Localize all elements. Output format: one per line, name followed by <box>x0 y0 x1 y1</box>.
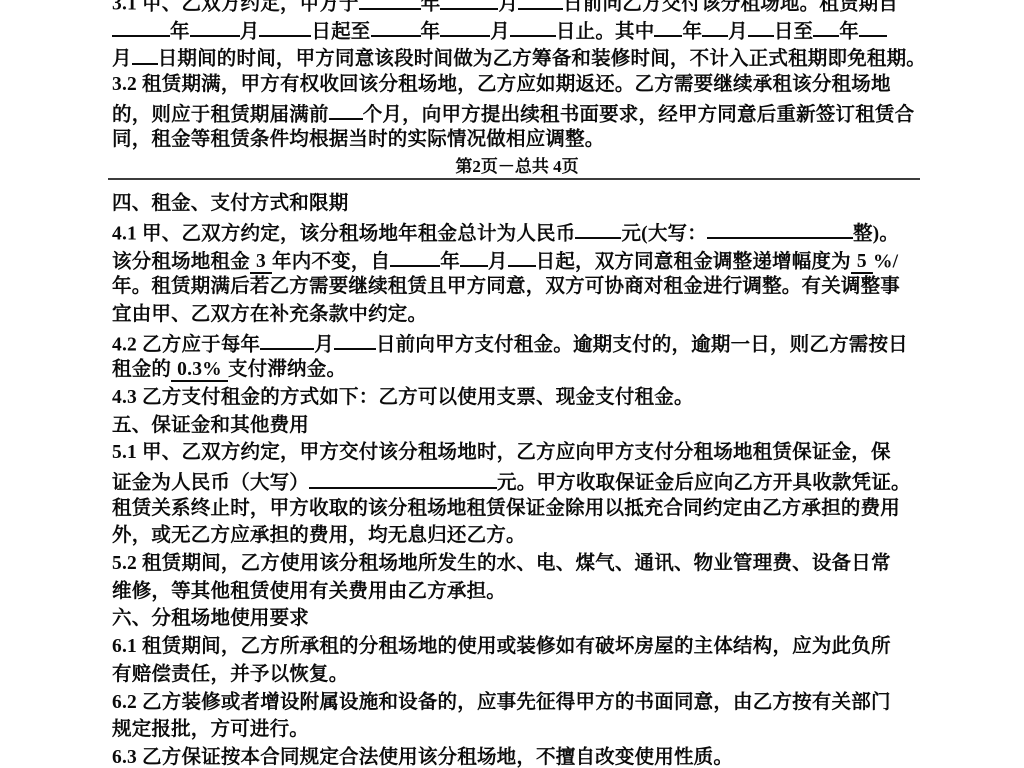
text-segment: 租赁关系终止时，甲方收取的该分租场地租赁保证金除用以抵充合同约定由乙方承担的费用 <box>112 498 900 519</box>
text-segment: 六、分租场地使用要求 <box>112 608 309 629</box>
text-segment: 日止。其中 <box>556 21 655 42</box>
blank-field <box>112 16 170 38</box>
underlined-value: 3 <box>250 251 272 274</box>
blank-field <box>440 16 490 38</box>
text-segment: 日期间的时间，甲方同意该段时间做为乙方筹备和装修时间，不计入正式租期即免租期。 <box>158 49 926 70</box>
contract-line: 该分租场地租金 3 年内不变，自年月日起，双方同意租金调整递增幅度为 5 %/ <box>112 246 922 274</box>
blank-field <box>518 0 563 10</box>
blank-field <box>460 246 488 268</box>
blank-field <box>190 16 240 38</box>
text-segment: 五、保证金和其他费用 <box>112 415 309 436</box>
contract-line: 同，租金等租赁条件均根据当时的实际情况做相应调整。 <box>112 126 922 154</box>
contract-line: 年月日起至年月日止。其中年月日至年 <box>112 16 922 44</box>
text-segment: 4.2 乙方应于每年 <box>112 334 260 355</box>
contract-line: 5.1 甲、乙双方约定，甲方交付该分租场地时，乙方应向甲方支付分租场地租赁保证金… <box>112 439 922 467</box>
text-segment: 同，租金等租赁条件均根据当时的实际情况做相应调整。 <box>112 129 605 150</box>
underlined-value: 5 <box>851 251 873 274</box>
contract-line: 规定报批，方可进行。 <box>112 716 922 744</box>
text-segment: 年 <box>440 251 460 272</box>
text-segment: %/ <box>873 251 898 272</box>
contract-line: 6.3 乙方保证按本合同规定合法使用该分租场地，不擅自改变使用性质。 <box>112 744 922 768</box>
text-segment: 年 <box>839 21 859 42</box>
text-segment: 元。甲方收取保证金后应向乙方开具收款凭证。 <box>497 473 911 494</box>
text-segment: 月 <box>314 334 334 355</box>
blank-field <box>260 329 314 351</box>
text-segment: 月 <box>728 21 748 42</box>
text-segment: 日至 <box>774 21 813 42</box>
blank-field <box>707 218 853 240</box>
text-segment: 年 <box>682 21 702 42</box>
contract-line: 宜由甲、乙双方在补充条款中约定。 <box>112 301 922 329</box>
blank-field <box>334 329 376 351</box>
contract-line: 外，或无乙方应承担的费用，均无息归还乙方。 <box>112 522 922 550</box>
contract-line: 有赔偿责任，并予以恢复。 <box>112 661 922 689</box>
text-segment: 6.1 租赁期间，乙方所承租的分租场地的使用或装修如有破坏房屋的主体结构，应为此… <box>112 636 891 657</box>
contract-line: 3.2 租赁期满，甲方有权收回该分租场地，乙方应如期返还。乙方需要继续承租该分租… <box>112 71 922 99</box>
contract-line: 证金为人民币（大写）元。甲方收取保证金后应向乙方开具收款凭证。 <box>112 467 922 495</box>
blank-field <box>309 467 497 489</box>
text-segment: 租金的 <box>112 359 171 380</box>
blank-field <box>702 16 728 38</box>
text-segment: 宜由甲、乙双方在补充条款中约定。 <box>112 304 427 325</box>
text-segment: 支付滞纳金。 <box>228 359 346 380</box>
text-segment: 有赔偿责任，并予以恢复。 <box>112 664 348 685</box>
text-segment: 日起，双方同意租金调整递增幅度为 <box>536 251 851 272</box>
page-number-footer: 第2页－总共 4页 <box>112 156 922 178</box>
contract-line: 5.2 租赁期间，乙方使用该分租场地所发生的水、电、煤气、通讯、物业管理费、设备… <box>112 550 922 578</box>
text-segment: 3.2 租赁期满，甲方有权收回该分租场地，乙方应如期返还。乙方需要继续承租该分租… <box>112 74 891 95</box>
text-segment: 月 <box>240 21 260 42</box>
contract-line: 4.1 甲、乙双方约定，该分租场地年租金总计为人民币元(大写：整)。 <box>112 218 922 246</box>
blank-field <box>510 16 556 38</box>
text-segment: 日起至 <box>311 21 370 42</box>
contract-line: 租金的 0.3% 支付滞纳金。 <box>112 356 922 384</box>
contract-line: 年。租赁期满后若乙方需要继续租赁且甲方同意，双方可协商对租金进行调整。有关调整事 <box>112 273 922 301</box>
text-segment: 整)。 <box>853 223 899 244</box>
contract-line: 租赁关系终止时，甲方收取的该分租场地租赁保证金除用以抵充合同约定由乙方承担的费用 <box>112 495 922 523</box>
text-segment: 元(大写： <box>621 223 707 244</box>
contract-line: 4.2 乙方应于每年月日前向甲方支付租金。逾期支付的，逾期一日，则乙方需按日 <box>112 329 922 357</box>
blank-field <box>575 218 621 240</box>
text-segment: 6.2 乙方装修或者增设附属设施和设备的，应事先征得甲方的书面同意，由乙方按有关… <box>112 692 891 713</box>
underlined-value: 0.3% <box>171 359 228 382</box>
text-column: 3.1 甲、乙双方约定，甲方于年月日前向乙方交付该分租场地。租赁期自年月日起至年… <box>112 0 922 768</box>
text-segment: 月 <box>488 251 508 272</box>
clause-block-lower: 四、租金、支付方式和限期4.1 甲、乙双方约定，该分租场地年租金总计为人民币元(… <box>112 190 922 768</box>
text-segment: 5.1 甲、乙双方约定，甲方交付该分租场地时，乙方应向甲方支付分租场地租赁保证金… <box>112 442 891 463</box>
text-segment: 的，则应于租赁期届满前 <box>112 104 329 125</box>
text-segment: 5.2 租赁期间，乙方使用该分租场地所发生的水、电、煤气、通讯、物业管理费、设备… <box>112 553 891 574</box>
blank-field <box>132 43 158 65</box>
text-segment: 规定报批，方可进行。 <box>112 719 309 740</box>
blank-field <box>259 16 311 38</box>
section-heading: 五、保证金和其他费用 <box>112 412 922 440</box>
contract-line: 6.1 租赁期间，乙方所承租的分租场地的使用或装修如有破坏房屋的主体结构，应为此… <box>112 633 922 661</box>
section-heading: 六、分租场地使用要求 <box>112 605 922 633</box>
text-segment: 月 <box>498 0 518 15</box>
text-segment: 证金为人民币（大写） <box>112 473 309 494</box>
text-segment: 个月，向甲方提出续租书面要求，经甲方同意后重新签订租赁合 <box>363 104 915 125</box>
text-segment: 日前向乙方交付该分租场地。租赁期自 <box>563 0 898 15</box>
blank-field <box>359 0 421 10</box>
text-segment: 4.3 乙方支付租金的方式如下：乙方可以使用支票、现金支付租金。 <box>112 387 694 408</box>
blank-field <box>440 0 498 10</box>
blank-field <box>508 246 536 268</box>
text-segment: 外，或无乙方应承担的费用，均无息归还乙方。 <box>112 525 526 546</box>
text-segment: 3.1 甲、乙双方约定，甲方于 <box>112 0 359 15</box>
text-segment: 日前向甲方支付租金。逾期支付的，逾期一日，则乙方需按日 <box>376 334 908 355</box>
blank-field <box>329 99 363 121</box>
contract-line: 6.2 乙方装修或者增设附属设施和设备的，应事先征得甲方的书面同意，由乙方按有关… <box>112 689 922 717</box>
text-segment: 月 <box>490 21 510 42</box>
footer-divider <box>108 178 920 180</box>
text-segment: 月 <box>112 49 132 70</box>
text-segment: 维修，等其他租赁使用有关费用由乙方承担。 <box>112 581 506 602</box>
text-segment: 年。租赁期满后若乙方需要继续租赁且甲方同意，双方可协商对租金进行调整。有关调整事 <box>112 276 900 297</box>
blank-field <box>390 246 440 268</box>
contract-line: 维修，等其他租赁使用有关费用由乙方承担。 <box>112 578 922 606</box>
blank-field <box>654 16 682 38</box>
blank-field <box>748 16 774 38</box>
blank-field <box>371 16 421 38</box>
contract-line: 月日期间的时间，甲方同意该段时间做为乙方筹备和装修时间，不计入正式租期即免租期。 <box>112 43 922 71</box>
clause-block-upper: 3.1 甲、乙双方约定，甲方于年月日前向乙方交付该分租场地。租赁期自年月日起至年… <box>112 0 922 154</box>
text-segment: 该分租场地租金 <box>112 251 250 272</box>
text-segment: 年内不变，自 <box>272 251 390 272</box>
blank-field <box>813 16 839 38</box>
blank-field <box>859 16 887 38</box>
text-segment: 年 <box>421 21 441 42</box>
section-heading: 四、租金、支付方式和限期 <box>112 190 922 218</box>
text-segment: 年 <box>421 0 441 15</box>
contract-line: 4.3 乙方支付租金的方式如下：乙方可以使用支票、现金支付租金。 <box>112 384 922 412</box>
text-segment: 4.1 甲、乙双方约定，该分租场地年租金总计为人民币 <box>112 223 575 244</box>
text-segment: 6.3 乙方保证按本合同规定合法使用该分租场地，不擅自改变使用性质。 <box>112 747 733 768</box>
text-segment: 四、租金、支付方式和限期 <box>112 193 348 214</box>
contract-line: 的，则应于租赁期届满前个月，向甲方提出续租书面要求，经甲方同意后重新签订租赁合 <box>112 99 922 127</box>
contract-line: 3.1 甲、乙双方约定，甲方于年月日前向乙方交付该分租场地。租赁期自 <box>112 0 922 16</box>
contract-document-page: 3.1 甲、乙双方约定，甲方于年月日前向乙方交付该分租场地。租赁期自年月日起至年… <box>0 0 1024 768</box>
text-segment: 年 <box>170 21 190 42</box>
